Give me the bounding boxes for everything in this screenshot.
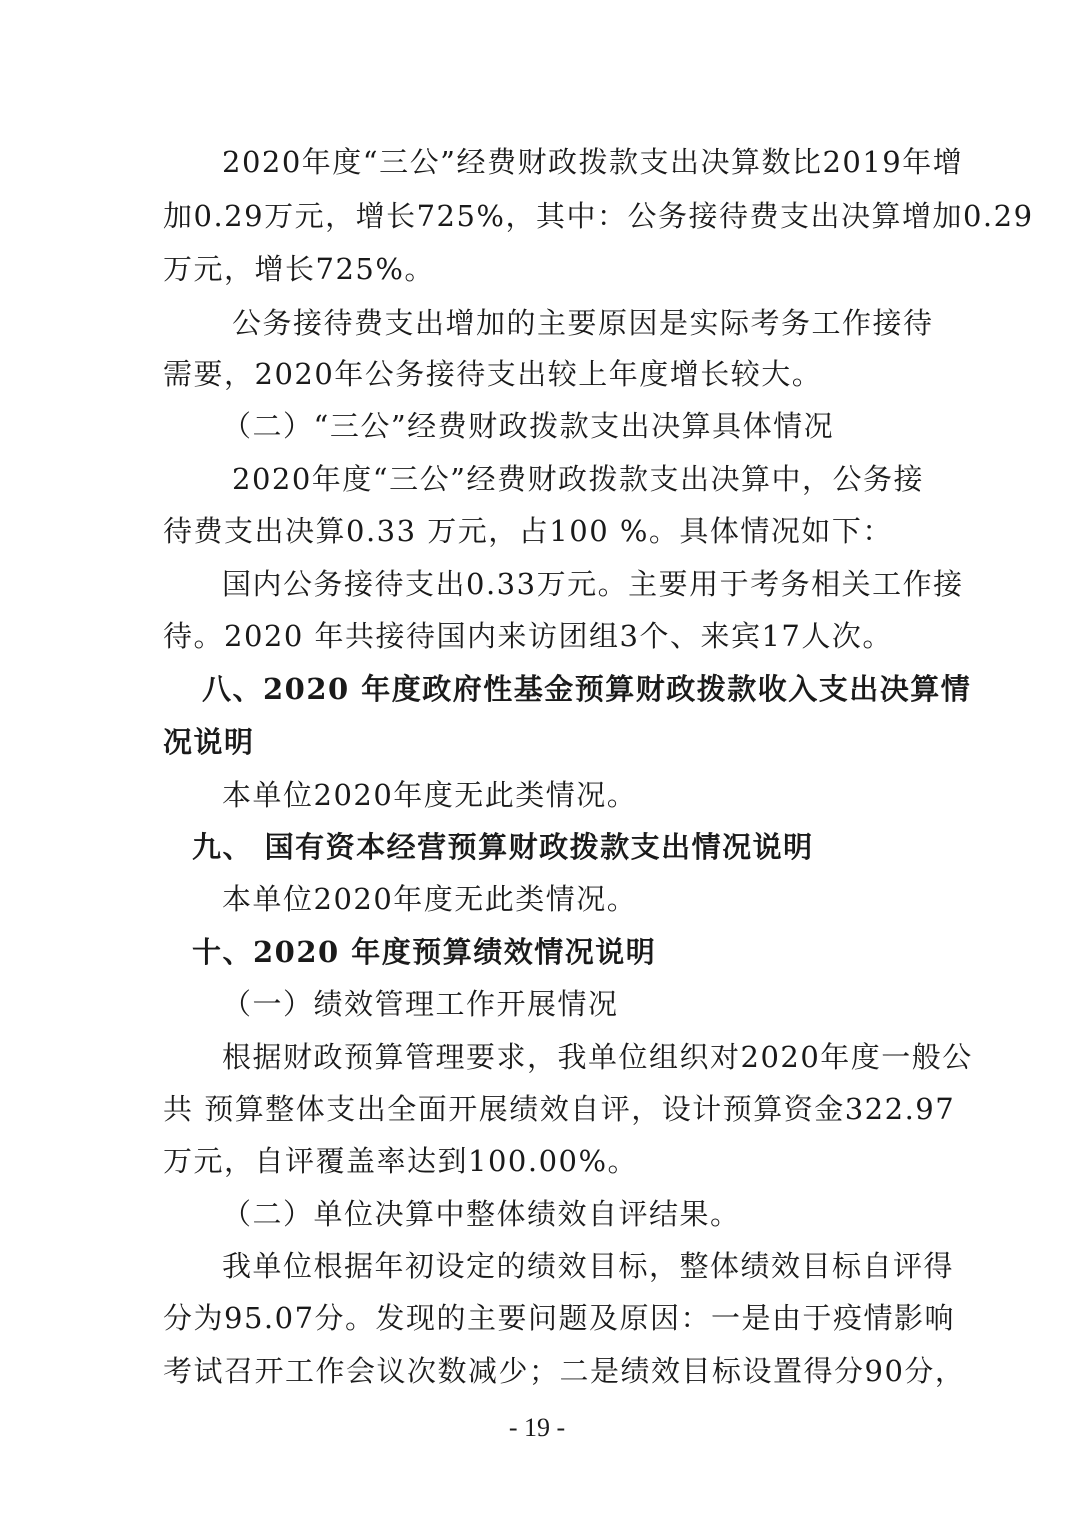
page-number: - 19 - (0, 1412, 1074, 1444)
paragraph-line: 分为95.07分。发现的主要问题及原因：一是由于疫情影响 (163, 1300, 955, 1336)
section-heading-8: 况说明 (163, 724, 255, 760)
section-heading-8: 八、2020 年度政府性基金预算财政拨款收入支出决算情 (202, 671, 971, 707)
section-heading-10: 十、2020 年度预算绩效情况说明 (192, 934, 656, 970)
paragraph-line: 共 预算整体支出全面开展绩效自评，设计预算资金322.97 (163, 1091, 955, 1127)
paragraph-line: 本单位2020年度无此类情况。 (222, 881, 637, 917)
paragraph-line: 国内公务接待支出0.33万元。主要用于考务相关工作接 (222, 566, 964, 602)
subsection-heading: （二）单位决算中整体绩效自评结果。 (222, 1196, 741, 1232)
subsection-heading: （二）“三公”经费财政拨款支出决算具体情况 (222, 408, 834, 444)
paragraph-line: 我单位根据年初设定的绩效目标，整体绩效目标自评得 (222, 1248, 954, 1284)
paragraph-line: 加0.29万元，增长725%，其中：公务接待费支出决算增加0.29 (163, 198, 1034, 234)
document-page: 2020年度“三公”经费财政拨款支出决算数比2019年增 加0.29万元，增长7… (0, 0, 1074, 1520)
paragraph-line: 待。2020 年共接待国内来访团组3个、来宾17人次。 (163, 618, 893, 654)
paragraph-line: 2020年度“三公”经费财政拨款支出决算数比2019年增 (222, 144, 963, 180)
paragraph-line: 万元，自评覆盖率达到100.00%。 (163, 1143, 638, 1179)
paragraph-line: 本单位2020年度无此类情况。 (222, 777, 637, 813)
paragraph-line: 需要，2020年公务接待支出较上年度增长较大。 (163, 356, 822, 392)
paragraph-line: 2020年度“三公”经费财政拨款支出决算中，公务接 (232, 461, 924, 497)
section-heading-9: 九、 国有资本经营预算财政拨款支出情况说明 (192, 829, 814, 865)
paragraph-line: 万元，增长725%。 (163, 251, 435, 287)
subsection-heading: （一）绩效管理工作开展情况 (222, 986, 619, 1022)
paragraph-line: 根据财政预算管理要求，我单位组织对2020年度一般公 (222, 1039, 973, 1075)
paragraph-line: 公务接待费支出增加的主要原因是实际考务工作接待 (232, 305, 934, 341)
paragraph-line: 考试召开工作会议次数减少；二是绩效目标设置得分90分， (163, 1353, 965, 1389)
paragraph-line: 待费支出决算0.33 万元，占100 %。具体情况如下： (163, 513, 893, 549)
